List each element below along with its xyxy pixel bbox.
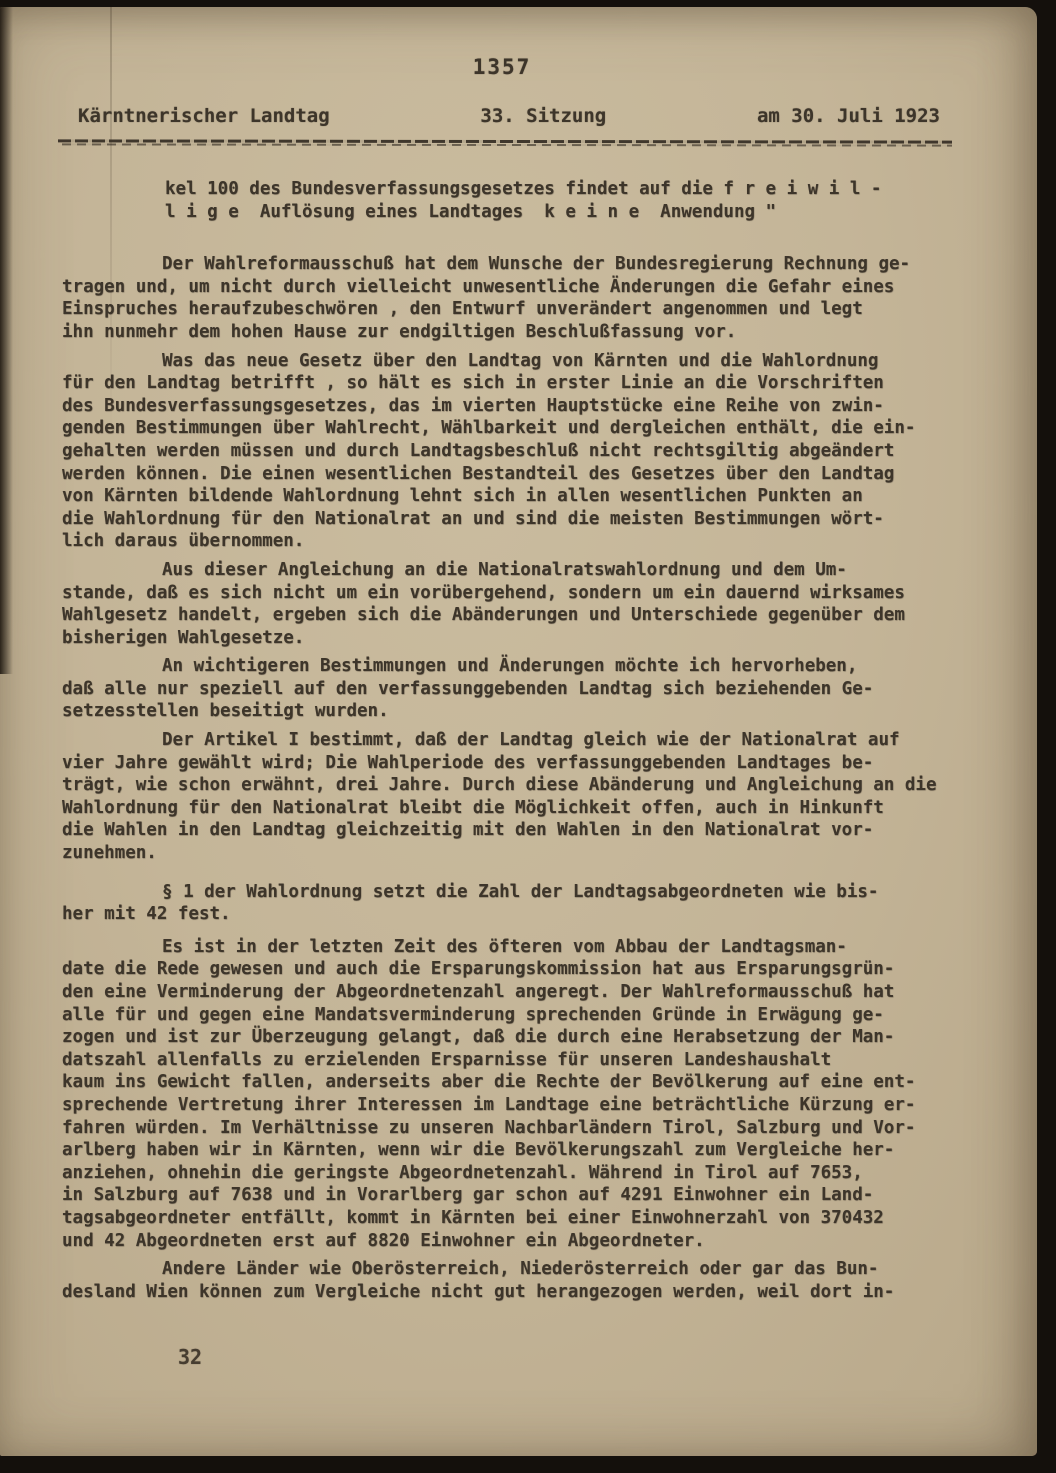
header-row: Kärntnerischer Landtag 33. Sitzung am 30…: [78, 105, 940, 127]
paragraph: Aus dieser Angleichung an die Nationalra…: [62, 559, 968, 649]
document-page: 1357 Kärntnerischer Landtag 33. Sitzung …: [0, 7, 1037, 1456]
scan-edge-shadow: [0, 7, 13, 674]
paragraph: § 1 der Wahlordnung setzt die Zahl der L…: [62, 881, 968, 926]
footer-page-number: 32: [178, 1345, 202, 1369]
paragraph: An wichtigeren Bestimmungen und Änderung…: [62, 655, 968, 723]
header-date: am 30. Juli 1923: [757, 105, 940, 127]
paragraph: kel 100 des Bundesverfassungsgesetzes fi…: [165, 178, 968, 223]
paragraph: Was das neue Gesetz über den Landtag von…: [62, 350, 968, 553]
paragraph: Andere Länder wie Oberösterreich, Nieder…: [62, 1258, 968, 1303]
header-session: 33. Sitzung: [480, 105, 606, 127]
paragraph: Der Artikel I bestimmt, daß der Landtag …: [62, 729, 968, 865]
paragraph: Der Wahlreformausschuß hat dem Wunsche d…: [62, 253, 968, 343]
header-legislature: Kärntnerischer Landtag: [78, 105, 330, 127]
divider-rule: [58, 139, 952, 147]
paragraph: Es ist in der letzten Zeit des öfteren v…: [62, 936, 968, 1252]
document-body: kel 100 des Bundesverfassungsgesetzes fi…: [62, 178, 968, 1303]
page-number-top: 1357: [462, 55, 542, 79]
